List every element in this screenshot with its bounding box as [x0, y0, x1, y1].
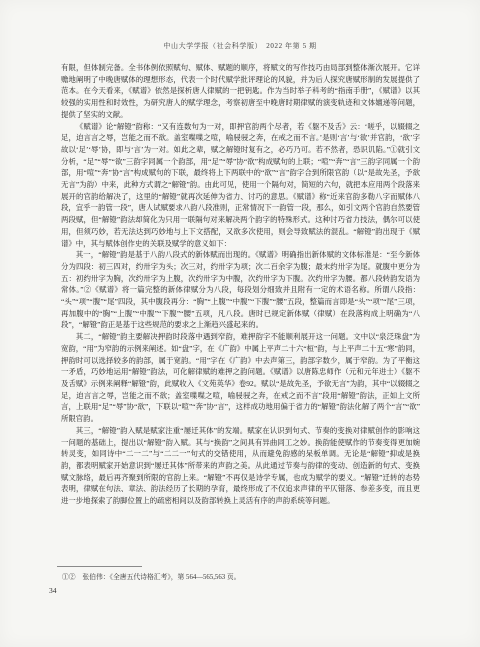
paragraph-point-two: 其二，“解镫”韵主要解决押韵时段落中遇到窄韵，难押韵字不能顺利展开这一问题。文中… — [61, 331, 420, 425]
footnote: ①② 张伯伟：《全唐五代诗格汇考》，第 564—565,563 页。 — [62, 573, 392, 582]
paragraph-continuation: 有限，但体制完备。全书体例依照赋句、赋体、赋题的顺序，将赋文的写作技巧由局部到整… — [61, 62, 420, 121]
page-number: 34 — [49, 586, 57, 595]
paragraph-point-one: 其一，“解镫”韵是基于八韵八段式的新体赋而出现的。《赋谱》明确指出新体赋的文体标… — [61, 249, 420, 331]
paragraph-jiedeng-quote: 《赋谱》论“解镫”韵称：“又有连数句为一对，即押官韵两个尽者，若《躯不及舌》云：… — [61, 121, 420, 250]
footnote-divider — [57, 566, 142, 567]
scanned-paper-page: 中山大学学报（社会科学版） 2022 年第 5 期 有限，但体制完备。全书体例依… — [0, 0, 480, 647]
journal-header: 中山大学学报（社会科学版） 2022 年第 5 期 — [0, 41, 480, 51]
article-body: 有限，但体制完备。全书体例依照赋句、赋体、赋题的顺序，将赋文的写作技巧由局部到整… — [61, 62, 420, 507]
paragraph-point-three: 其三，“解镫”韵入赋是赋家注重“屡迁其体”的发端。赋家在认识到句式、节奏的变换对… — [61, 425, 420, 507]
